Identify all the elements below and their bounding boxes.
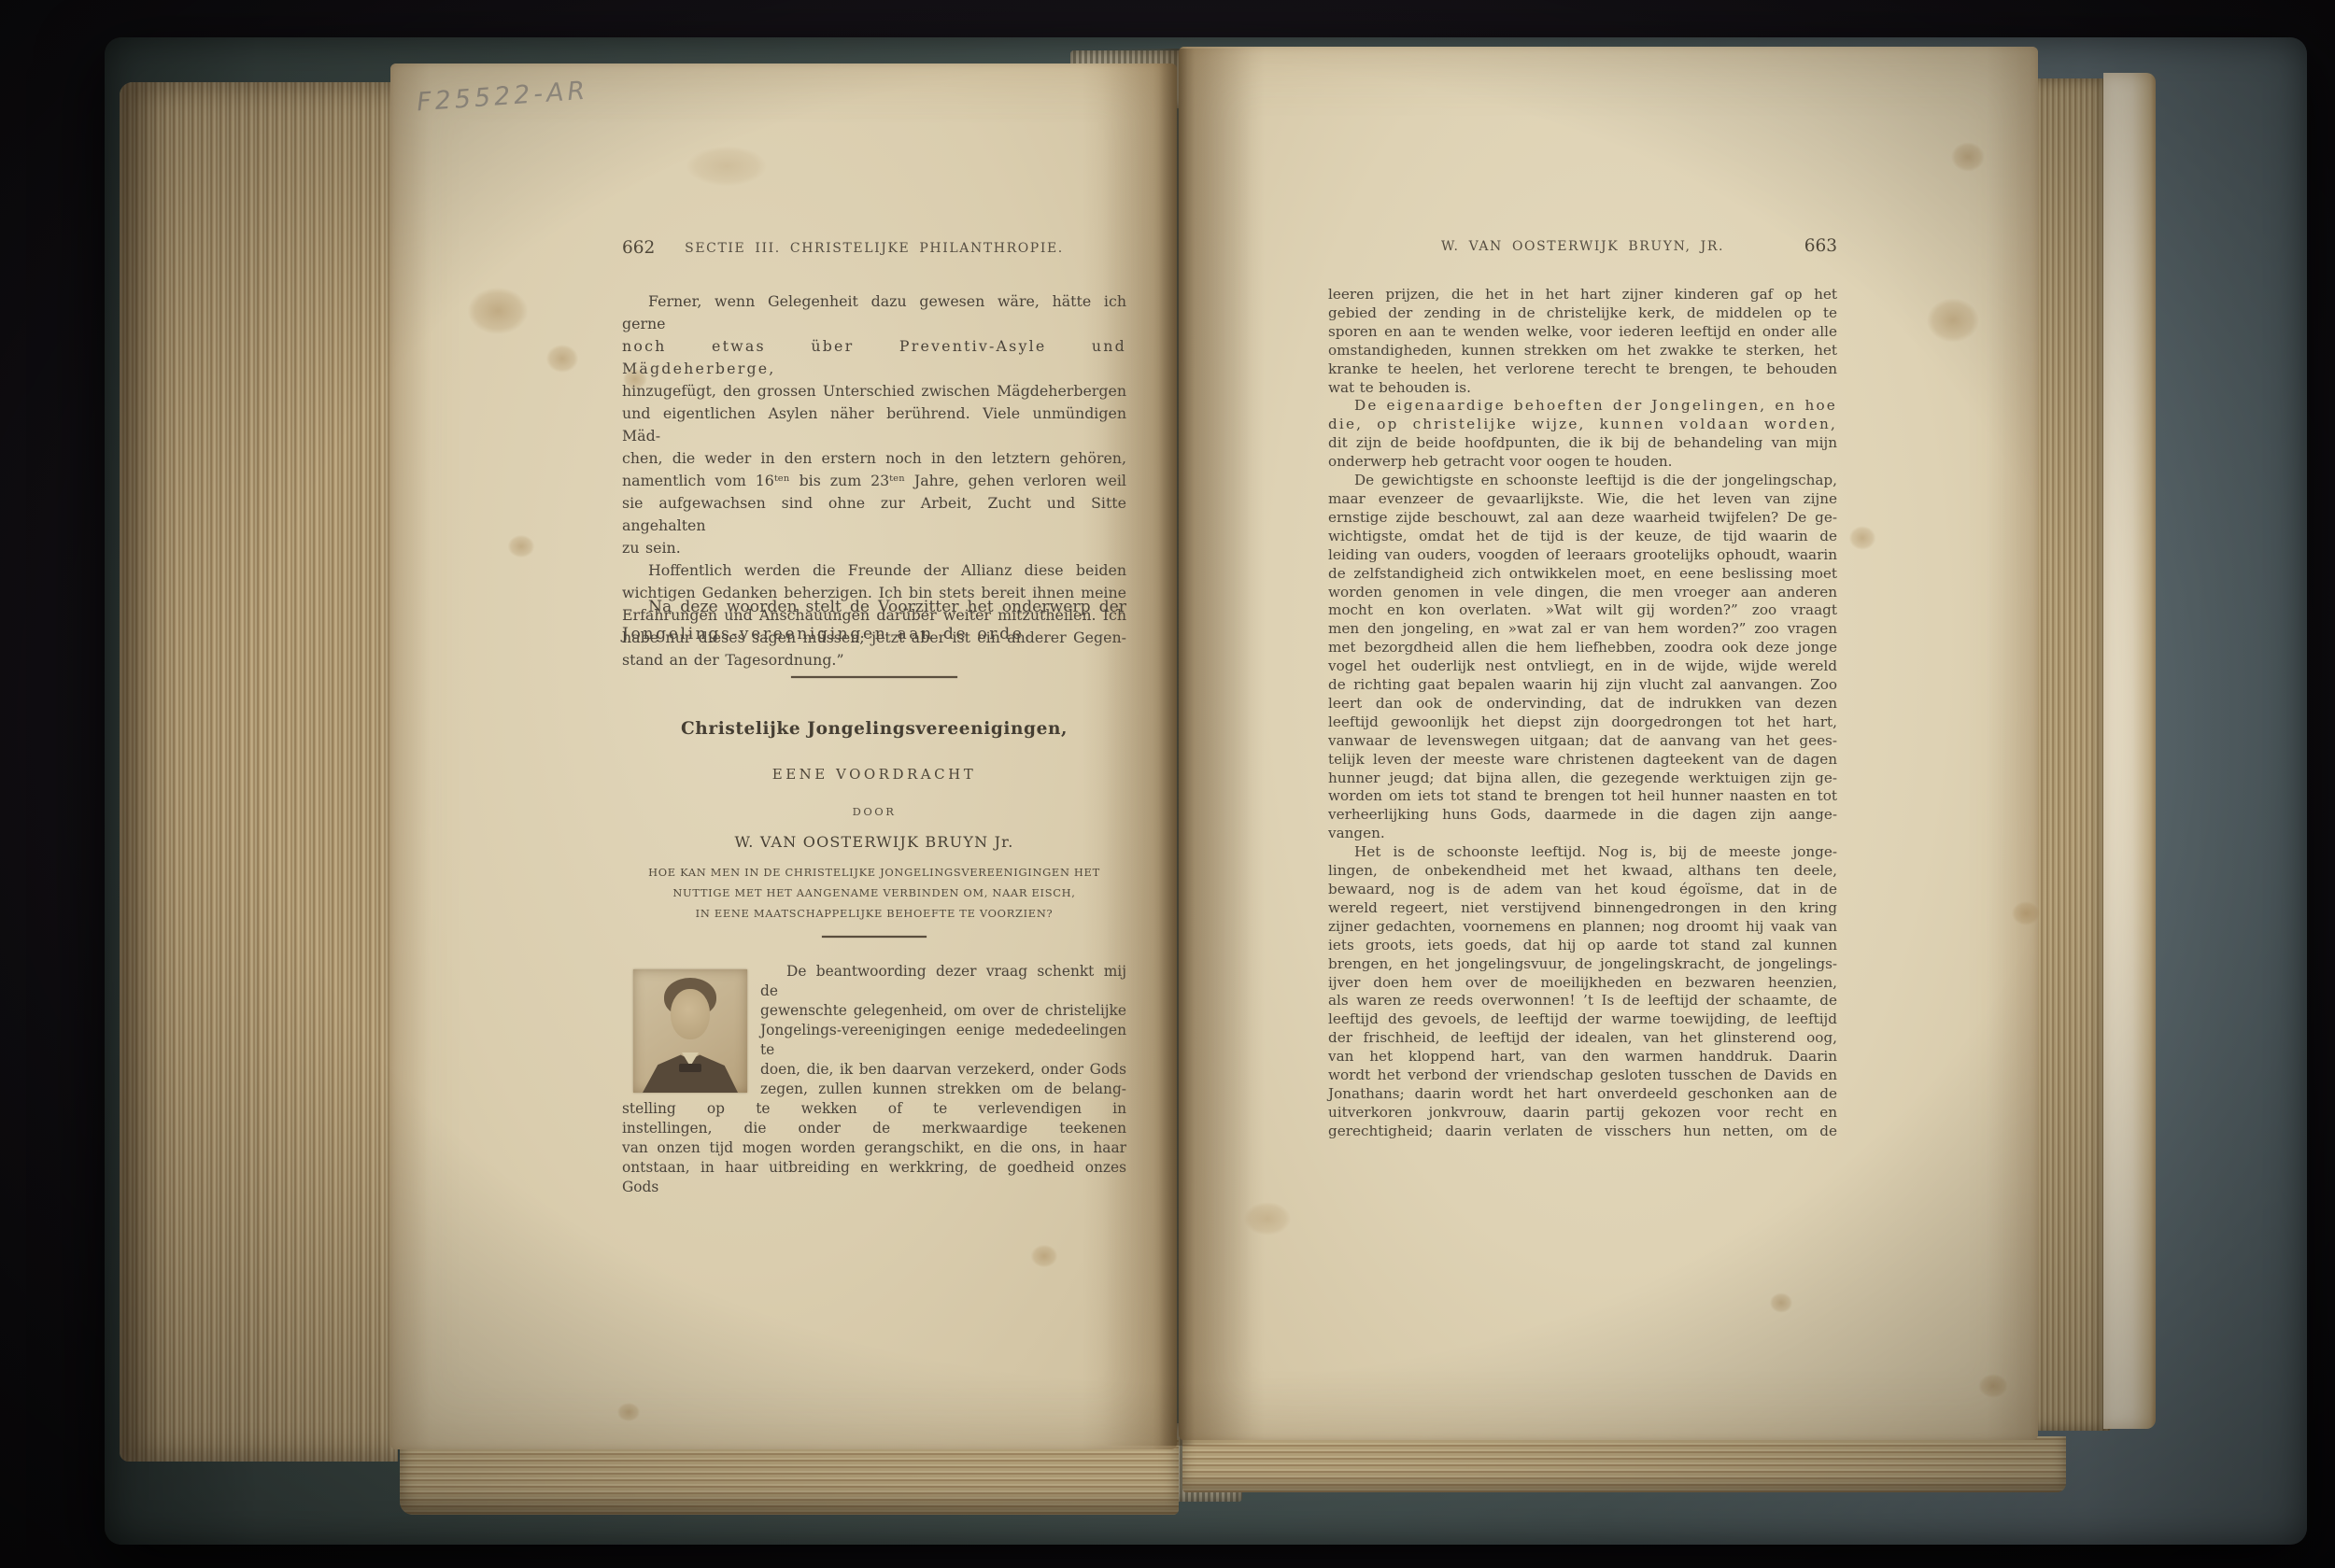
- text-line: met bezorgdheid allen die hem liefhebben…: [1328, 639, 1837, 657]
- running-header-row: 662 SECTIE III. CHRISTELIJKE PHILANTHROP…: [622, 241, 1126, 256]
- text-line: chen, die weder in den erstern noch in d…: [622, 447, 1126, 470]
- text-line: de richting gaat bepalen waarin hij zijn…: [1328, 676, 1837, 695]
- foxing-spot: [540, 339, 585, 378]
- book: F25522-AR 662 SECTIE III. CHRISTELIJKE P…: [0, 0, 2335, 1568]
- handwritten-inscription: F25522-AR: [416, 77, 589, 118]
- text-line: wereld regeert, niet verstijvend binneng…: [1328, 899, 1837, 918]
- question-line: NUTTIGE MET HET AANGENAME VERBINDEN OM, …: [622, 883, 1126, 904]
- text-line: Ferner, wenn Gelegenheit dazu gewesen wä…: [622, 290, 1126, 335]
- foxing-spot: [1765, 1289, 1797, 1317]
- text-line: Jongelings-vereenigingen aan de orde.: [622, 621, 1126, 648]
- paragraph: Na deze woorden stelt de Voorzitter het …: [622, 594, 1126, 648]
- text-line: kranke te heelen, het verlorene terecht …: [1328, 360, 1837, 379]
- foxing-spot: [1945, 136, 1991, 177]
- foxing-spot: [1973, 1369, 2014, 1403]
- portrait-photo: [633, 969, 747, 1093]
- text-line: hunner jeugd; dat bijna allen, die gezeg…: [1328, 770, 1837, 788]
- paragraph: De eigenaardige behoeften der Jongelinge…: [1328, 397, 1837, 472]
- text-line: namentlich vom 16ᵗᵉⁿ bis zum 23ᵗᵉⁿ Jahre…: [622, 470, 1126, 492]
- text-line: worden om iets tot stand te brengen tot …: [1328, 787, 1837, 806]
- left-page: F25522-AR 662 SECTIE III. CHRISTELIJKE P…: [390, 64, 1177, 1449]
- text-line: vangen.: [1328, 825, 1837, 843]
- text-line: Na deze woorden stelt de Voorzitter het …: [622, 594, 1126, 621]
- foxing-spot: [1917, 290, 1989, 351]
- text-line: wordt het verbond der vriendschap geslot…: [1328, 1067, 1837, 1085]
- text-line: stelling op te wekken of te verlevendige…: [622, 1099, 1126, 1119]
- chapter-subtitle: EENE VOORDRACHT: [622, 766, 1126, 783]
- foxing-spot: [671, 138, 783, 194]
- photograph-background: F25522-AR 662 SECTIE III. CHRISTELIJKE P…: [0, 0, 2335, 1568]
- text-line: sporen en aan te wenden welke, voor iede…: [1328, 323, 1837, 342]
- chapter-title: Christelijke Jongelingsvereenigingen,: [622, 719, 1126, 739]
- chair-announcement: Na deze woorden stelt de Voorzitter het …: [622, 594, 1126, 648]
- text-line: wichtigste, omdat het de tijd is der keu…: [1328, 528, 1837, 546]
- foxing-spot: [1235, 1195, 1300, 1242]
- running-header-row: W. VAN OOSTERWIJK BRUYN, JR. 663: [1328, 239, 1837, 254]
- author-name: W. VAN OOSTERWIJK BRUYN Jr.: [622, 833, 1126, 851]
- right-fore-edge: [2032, 78, 2113, 1431]
- text-line: Het is de schoonste leeftijd. Nog is, bi…: [1328, 843, 1837, 862]
- foxing-spot: [613, 1399, 644, 1425]
- text-line: mocht en kon overlaten. »Wat wilt gij wo…: [1328, 601, 1837, 620]
- introduction-block: De beantwoording dezer vraag schenkt mij…: [622, 962, 1126, 1197]
- foxing-spot: [1026, 1240, 1063, 1272]
- lecture-body-text: leeren prijzen, die het in het hart zijn…: [1328, 286, 1837, 1141]
- text-line: bewaard, nog is de adem van het koud égo…: [1328, 881, 1837, 899]
- question-line: HOE KAN MEN IN DE CHRISTELIJKE JONGELING…: [622, 863, 1126, 883]
- text-line: zu sein.: [622, 537, 1126, 559]
- text-line: sie aufgewachsen sind ohne zur Arbeit, Z…: [622, 492, 1126, 537]
- page-number: 663: [1804, 236, 1837, 256]
- text-line: van onzen tijd mogen worden gerangschikt…: [622, 1138, 1126, 1158]
- text-line: verheerlijking huns Gods, daarmede in di…: [1328, 806, 1837, 825]
- left-fore-edge: [120, 82, 398, 1462]
- text-line: dit zijn de beide hoofdpunten, die ik bi…: [1328, 434, 1837, 453]
- text-line: instellingen, die onder de merkwaardige …: [622, 1119, 1126, 1138]
- byline-label: DOOR: [622, 805, 1126, 818]
- text-line: lingen, de onbekendheid met het kwaad, a…: [1328, 862, 1837, 881]
- text-line: die, op christelijke wijze, kunnen volda…: [1328, 416, 1837, 434]
- foxing-spot: [1844, 521, 1881, 555]
- text-line: zijner gedachten, voornemens en plannen;…: [1328, 918, 1837, 937]
- paragraph: Ferner, wenn Gelegenheit dazu gewesen wä…: [622, 290, 1126, 559]
- foxing-spot: [502, 530, 540, 562]
- text-line: stand an der Tagesordnung.”: [622, 649, 1126, 671]
- right-flyleaf-edge: [2103, 73, 2156, 1429]
- page-number: 662: [622, 238, 655, 258]
- text-line: brengen, en het jongelingsvuur, de jonge…: [1328, 955, 1837, 974]
- paragraph: Het is de schoonste leeftijd. Nog is, bi…: [1328, 843, 1837, 1141]
- lecture-question: HOE KAN MEN IN DE CHRISTELIJKE JONGELING…: [622, 863, 1126, 924]
- text-line: gebied der zending in de christelijke ke…: [1328, 304, 1837, 323]
- text-line: noch etwas über Preventiv-Asyle und Mägd…: [622, 335, 1126, 380]
- text-line: iets groots, iets goeds, dat hij op aard…: [1328, 937, 1837, 955]
- text-line: der frischheid, de leeftijd der idealen,…: [1328, 1029, 1837, 1048]
- left-page-bottom-edge: [400, 1438, 1179, 1515]
- paragraph: leeren prijzen, die het in het hart zijn…: [1328, 286, 1837, 397]
- text-line: ontstaan, in haar uitbreiding en werkkri…: [622, 1158, 1126, 1197]
- text-line: vogel het ouderlijk nest ontvliegt, en i…: [1328, 657, 1837, 676]
- text-line: telijk leven der meeste ware christenen …: [1328, 751, 1837, 770]
- text-line: onderwerp heb getracht voor oogen te hou…: [1328, 453, 1837, 472]
- text-line: de zelfstandigheid zich ontwikkelen moet…: [1328, 565, 1837, 584]
- text-line: ijver doen hem over de moeilijkheden en …: [1328, 974, 1837, 993]
- text-line: hinzugefügt, den grossen Unterschied zwi…: [622, 380, 1126, 403]
- text-line: gerechtigheid; daarin verlaten de vissch…: [1328, 1123, 1837, 1141]
- foxing-spot: [456, 278, 540, 344]
- paragraph: De gewichtigste en schoonste leeftijd is…: [1328, 472, 1837, 843]
- text-line: De gewichtigste en schoonste leeftijd is…: [1328, 472, 1837, 490]
- portrait-bow-tie: [679, 1064, 701, 1072]
- text-line: men den jongeling, en »wat zal er van he…: [1328, 620, 1837, 639]
- portrait-face: [671, 989, 710, 1039]
- text-line: worden genomen in vele dingen, die men v…: [1328, 584, 1837, 602]
- text-line: Jonathans; daarin wordt het hart onverde…: [1328, 1085, 1837, 1104]
- right-page-bottom-edge: [1182, 1436, 2066, 1492]
- text-line: Hoffentlich werden die Freunde der Allia…: [622, 559, 1126, 582]
- text-line: und eigentlichen Asylen näher berührend.…: [622, 403, 1126, 447]
- text-line: maar evenzeer de gevaarlijkste. Wie, die…: [1328, 490, 1837, 509]
- text-line: omstandigheden, kunnen strekken om het z…: [1328, 342, 1837, 360]
- text-line: leeftijd des gevoels, de leeftijd der wa…: [1328, 1010, 1837, 1029]
- running-header: W. VAN OOSTERWIJK BRUYN, JR.: [1328, 239, 1837, 254]
- running-header: SECTIE III. CHRISTELIJKE PHILANTHROPIE.: [622, 241, 1126, 256]
- text-line: leeftijd gewoonlijk het diepst zijn door…: [1328, 713, 1837, 732]
- text-line: leiding van ouders, voogden of leeraars …: [1328, 546, 1837, 565]
- text-line: uitverkoren jonkvrouw, daarin partij gek…: [1328, 1104, 1837, 1123]
- section-rule: [822, 936, 927, 938]
- text-line: leeren prijzen, die het in het hart zijn…: [1328, 286, 1837, 304]
- text-line: wat te behouden is.: [1328, 379, 1837, 398]
- text-line: leert dan ook de ondervinding, dat de in…: [1328, 695, 1837, 713]
- section-rule: [791, 676, 957, 678]
- text-line: De eigenaardige behoeften der Jongelinge…: [1328, 397, 1837, 416]
- text-line: van het kloppend hart, van den warmen ha…: [1328, 1048, 1837, 1067]
- question-line: IN EENE MAATSCHAPPELIJKE BEHOEFTE TE VOO…: [622, 904, 1126, 925]
- text-line: als waren ze reeds overwonnen! ’t Is de …: [1328, 992, 1837, 1010]
- text-line: ernstige zijde beschouwt, zal aan deze w…: [1328, 509, 1837, 528]
- right-page: W. VAN OOSTERWIJK BRUYN, JR. 663 leeren …: [1179, 47, 2038, 1440]
- text-line: vanwaar de levenswegen uitgaan; dat de a…: [1328, 732, 1837, 751]
